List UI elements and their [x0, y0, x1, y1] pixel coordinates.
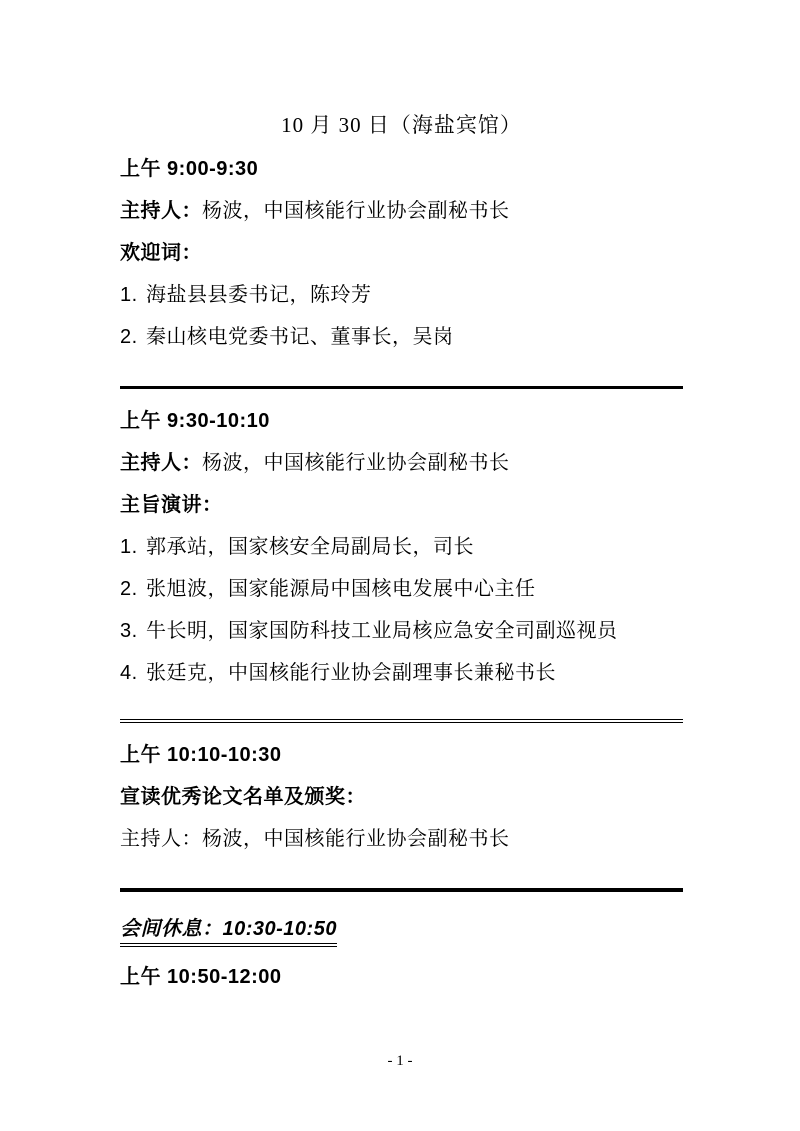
session2-host-line: 主持人：杨波，中国核能行业协会副秘书长	[120, 451, 683, 475]
section-divider	[120, 719, 683, 723]
section-divider	[120, 888, 683, 892]
list-item-text: 海盐县县委书记，陈玲芳	[146, 284, 372, 306]
list-item: 1.海盐县县委书记，陈玲芳	[120, 283, 683, 307]
page-number: - 1 -	[0, 1052, 800, 1070]
document-page: 10 月 30 日（海盐宾馆） 上午 9:00-9:30 主持人：杨波，中国核能…	[0, 0, 800, 1131]
list-item: 1.郭承站，国家核安全局副局长，司长	[120, 535, 683, 559]
session1-host-line: 主持人：杨波，中国核能行业协会副秘书长	[120, 199, 683, 223]
session3-host-line: 主持人：杨波，中国核能行业协会副秘书长	[120, 827, 683, 851]
host-label: 主持人：	[120, 200, 202, 222]
list-item: 4.张廷克，中国核能行业协会副理事长兼秘书长	[120, 661, 683, 685]
list-item-text: 张旭波，国家能源局中国核电发展中心主任	[146, 578, 536, 600]
session2-time: 上午 9:30-10:10	[120, 409, 683, 433]
section-divider	[120, 386, 683, 389]
list-item-number: 3.	[120, 619, 146, 643]
list-item-text: 秦山核电党委书记、董事长，吴岗	[146, 326, 454, 348]
session1-time: 上午 9:00-9:30	[120, 157, 683, 181]
host-name: 杨波，中国核能行业协会副秘书长	[202, 452, 510, 474]
session4-time: 上午 10:50-12:00	[120, 965, 683, 989]
list-item-text: 张廷克，中国核能行业协会副理事长兼秘书长	[146, 662, 556, 684]
break-label: 会间休息：10:30-10:50	[120, 917, 337, 947]
list-item-number: 4.	[120, 661, 146, 685]
host-name: 杨波，中国核能行业协会副秘书长	[202, 200, 510, 222]
session2-heading: 主旨演讲：	[120, 493, 683, 517]
break-line: 会间休息：10:30-10:50	[120, 917, 683, 947]
list-item-text: 牛长明，国家国防科技工业局核应急安全司副巡视员	[146, 620, 618, 642]
list-item: 3.牛长明，国家国防科技工业局核应急安全司副巡视员	[120, 619, 683, 643]
document-content: 10 月 30 日（海盐宾馆） 上午 9:00-9:30 主持人：杨波，中国核能…	[0, 0, 800, 989]
list-item-number: 2.	[120, 325, 146, 349]
list-item: 2.张旭波，国家能源局中国核电发展中心主任	[120, 577, 683, 601]
session3-heading: 宣读优秀论文名单及颁奖：	[120, 785, 683, 809]
list-item-number: 2.	[120, 577, 146, 601]
host-label: 主持人：	[120, 452, 202, 474]
list-item-text: 郭承站，国家核安全局副局长，司长	[146, 536, 474, 558]
list-item-number: 1.	[120, 535, 146, 559]
session1-heading: 欢迎词：	[120, 241, 683, 265]
page-title: 10 月 30 日（海盐宾馆）	[120, 112, 683, 139]
list-item-number: 1.	[120, 283, 146, 307]
list-item: 2.秦山核电党委书记、董事长，吴岗	[120, 325, 683, 349]
session3-time: 上午 10:10-10:30	[120, 743, 683, 767]
